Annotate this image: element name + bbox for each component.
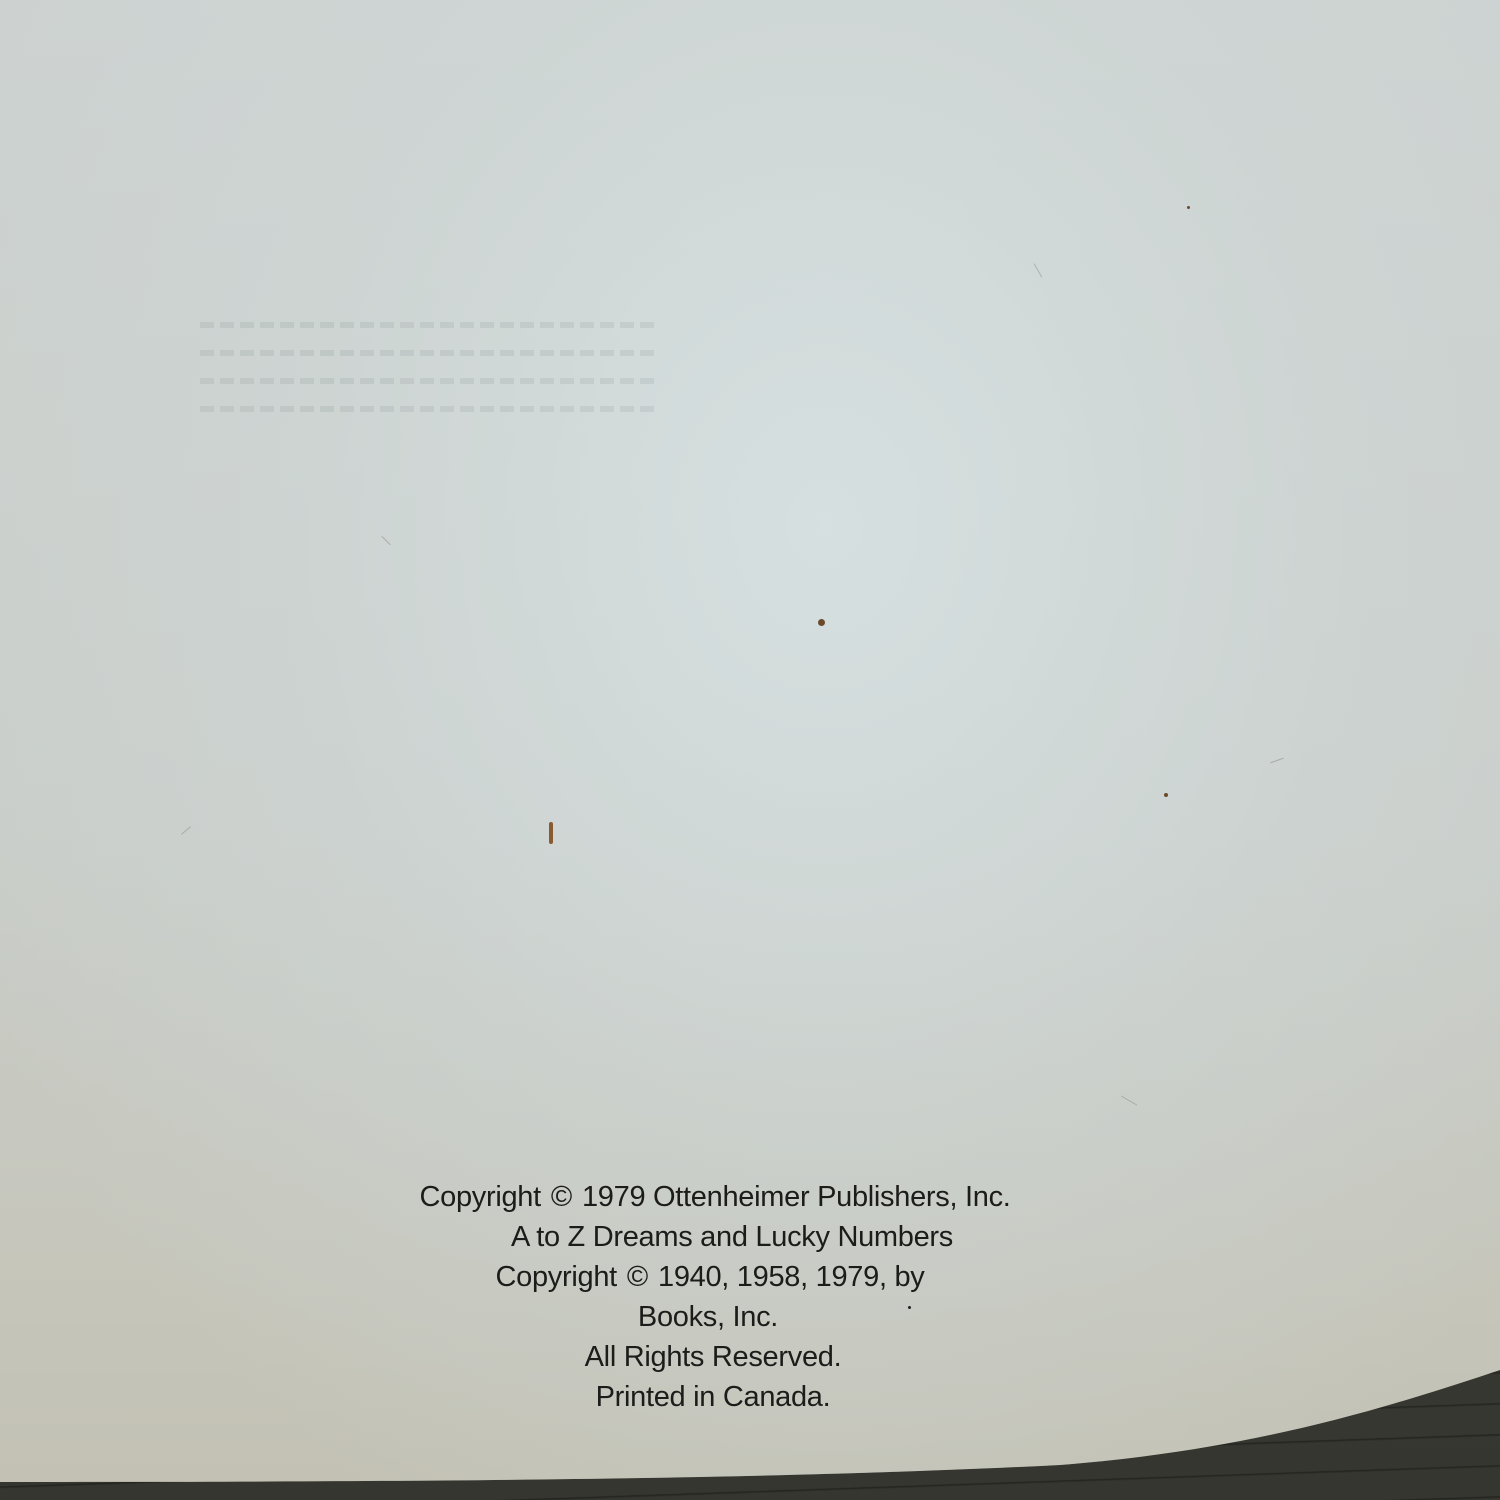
copyright-word: Copyright <box>495 1261 616 1293</box>
original-publisher: Books, Inc. <box>326 1297 1090 1337</box>
paper-fiber <box>181 826 191 834</box>
copyright-imprint: Copyright©1979 Ottenheimer Publishers, I… <box>340 1177 1090 1417</box>
paper-fiber <box>381 536 390 545</box>
paper-speck <box>1164 793 1168 797</box>
copyright-line-years: Copyright©1940, 1958, 1979, by <box>330 1257 1090 1297</box>
paper-speck <box>818 619 825 626</box>
copyright-line-publisher: Copyright©1979 Ottenheimer Publishers, I… <box>340 1177 1090 1217</box>
copyright-word: Copyright <box>419 1181 540 1213</box>
paper-fiber <box>1121 1096 1137 1106</box>
book-page: Copyright©1979 Ottenheimer Publishers, I… <box>0 0 1500 1500</box>
book-title: A to Z Dreams and Lucky Numbers <box>374 1217 1090 1257</box>
rights-reserved: All Rights Reserved. <box>336 1337 1090 1377</box>
printed-in: Printed in Canada. <box>336 1377 1090 1417</box>
paper-fiber <box>1034 263 1043 277</box>
copyright-symbol-icon: © <box>551 1177 572 1217</box>
paper-speck <box>1187 206 1190 209</box>
copyright-holder: 1979 Ottenheimer Publishers, Inc. <box>582 1181 1011 1213</box>
copyright-years: 1940, 1958, 1979, by <box>658 1261 925 1293</box>
faint-show-through-text <box>200 300 660 480</box>
copyright-symbol-icon: © <box>627 1257 648 1297</box>
paper-fiber <box>1270 758 1283 764</box>
paper-speck <box>549 822 553 844</box>
